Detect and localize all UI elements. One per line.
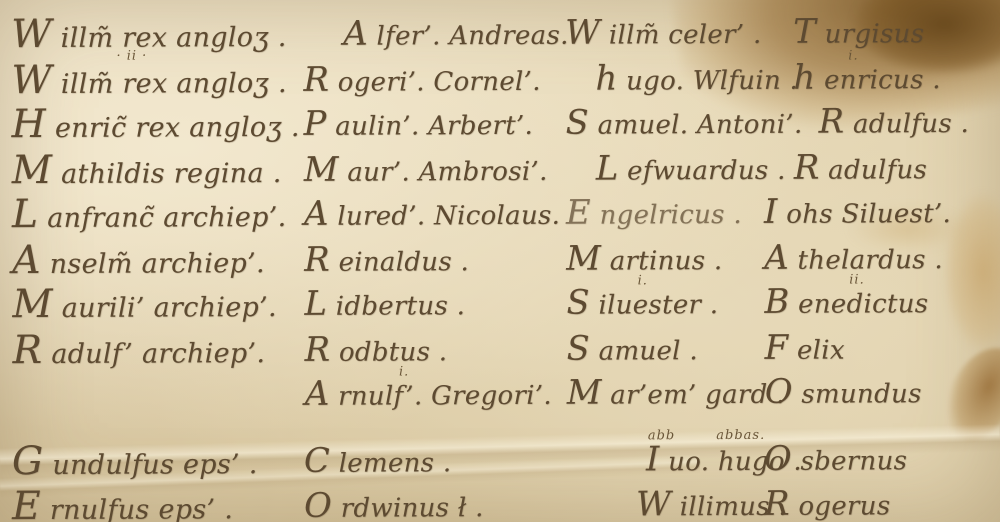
name-text: O rdwinus ł . xyxy=(304,493,484,522)
name-entry: W illimus . xyxy=(566,487,764,522)
manuscript-line: H enric̃ rex angloʒ . P aulin’. Arbert’.… xyxy=(12,98,1000,147)
name-text: R adulf’ archiep’. xyxy=(13,338,266,370)
name-entry: i.A rnulf’. Gregori’. xyxy=(305,375,567,410)
name-text: R adulfus . xyxy=(819,109,970,140)
name-text: R einaldus . xyxy=(304,247,469,278)
name-entry xyxy=(13,393,305,394)
name-entry: P aulin’. Arbert’. xyxy=(304,105,566,140)
name-entry: R ogeri’. Cornel’. xyxy=(303,61,565,96)
name-text: O sbernus xyxy=(764,446,907,477)
name-entry: abb abbas.I uo. hugo . xyxy=(566,442,764,477)
name-text: M athildis regina . xyxy=(12,158,282,190)
name-entry: R einaldus . xyxy=(304,241,566,276)
name-entry: E ngelricus . xyxy=(566,194,764,229)
name-entry: · ii ·W illm̃ rex angloʒ . xyxy=(11,60,303,100)
name-text: S amuel . xyxy=(567,336,698,367)
name-entry: M athildis regina . xyxy=(12,150,304,190)
interlinear-addition: i. xyxy=(399,365,409,378)
manuscript-line: G undulfus eps’ . C lemens . abb abbas.I… xyxy=(12,436,1000,484)
name-entry: L efwuardus . xyxy=(566,150,764,185)
name-text: M aur’. Ambrosi’. xyxy=(304,156,548,187)
name-text: R ogeri’. Cornel’. xyxy=(303,66,540,97)
manuscript-line: E rnulfus eps’ . O rdwinus ł . W illimus… xyxy=(12,481,1000,522)
name-text: A lfer’. Andreas. xyxy=(343,20,569,51)
name-text: W illm̃ celer’ . xyxy=(565,19,761,50)
name-entry: i.h enricus . xyxy=(763,59,999,94)
name-entry: S amuel . xyxy=(567,330,765,365)
name-text: h enricus . xyxy=(793,65,941,96)
name-text: L efwuardus . xyxy=(596,155,786,186)
manuscript-line: L anfranc̃ archiep’. A lured’. Nicolaus.… xyxy=(12,188,1000,237)
name-text: A thelardus . xyxy=(764,245,943,276)
name-entry: M ar’em’ gard . xyxy=(567,374,765,409)
name-entry: A lfer’. Andreas. xyxy=(303,15,565,50)
name-text: S iluester . xyxy=(566,290,718,321)
name-text: F elix xyxy=(765,335,845,365)
name-entry: R odbtus . xyxy=(305,331,567,366)
name-entry: T urgisus xyxy=(763,13,999,48)
name-entry: W illm̃ rex angloʒ . xyxy=(11,14,303,54)
manuscript-page: W illm̃ rex angloʒ . A lfer’. Andreas. W… xyxy=(0,0,1000,522)
name-entry: E rnulfus eps’ . xyxy=(12,486,304,522)
name-entry: F elix xyxy=(765,329,1000,364)
name-entry: L anfranc̃ archiep’. xyxy=(12,194,304,234)
name-entry: I ohs Siluest’. xyxy=(764,193,1000,228)
name-entry: W illm̃ celer’ . xyxy=(565,14,763,49)
name-text: B enedictus xyxy=(764,289,928,320)
name-text: P aulin’. Arbert’. xyxy=(304,110,534,141)
name-text: M artinus . xyxy=(566,246,722,277)
interlinear-addition: ii. xyxy=(849,273,865,286)
interlinear-addition: i. xyxy=(848,49,858,62)
name-text: E ngelricus . xyxy=(566,200,742,231)
name-text: C lemens . xyxy=(304,448,452,479)
manuscript-line: · ii ·W illm̃ rex angloʒ . R ogeri’. Cor… xyxy=(11,54,999,103)
name-entry: A thelardus . xyxy=(764,239,1000,274)
name-text: T urgisus xyxy=(793,19,924,50)
name-text: R odbtus . xyxy=(305,337,448,368)
name-entry: O smundus xyxy=(765,373,1000,408)
name-text: R ogerus xyxy=(764,491,890,522)
name-text: W illm̃ rex angloʒ . xyxy=(11,22,287,54)
interlinear-addition: abb abbas. xyxy=(648,429,765,443)
name-text: W illm̃ rex angloʒ . xyxy=(11,68,287,100)
name-text: G undulfus eps’ . xyxy=(12,450,258,482)
manuscript-line: M athildis regina . M aur’. Ambrosi’. L … xyxy=(12,144,1000,193)
name-entry: A nselm̃ archiep’. xyxy=(12,240,304,280)
name-entry: i.S iluester . xyxy=(566,284,764,319)
name-list-lower: G undulfus eps’ . C lemens . abb abbas.I… xyxy=(12,436,1000,522)
manuscript-line: M aurili’ archiep’. L idbertus . i.S ilu… xyxy=(12,278,1000,327)
name-text: A lured’. Nicolaus. xyxy=(304,200,560,231)
name-entry: M aurili’ archiep’. xyxy=(12,284,304,324)
name-entry: R adulf’ archiep’. xyxy=(13,330,305,370)
manuscript-line: i.A rnulf’. Gregori’. M ar’em’ gard . O … xyxy=(13,368,1000,417)
name-text: R adulfus xyxy=(794,155,927,186)
name-text: A rnulf’. Gregori’. xyxy=(305,380,552,411)
name-entry: M artinus . xyxy=(566,240,764,275)
name-list-upper: W illm̃ rex angloʒ . A lfer’. Andreas. W… xyxy=(11,8,1000,417)
interlinear-addition: · ii · xyxy=(116,49,147,62)
name-text: E rnulfus eps’ . xyxy=(12,495,233,522)
name-entry: h ugo. Wlfuin . xyxy=(565,60,763,95)
name-entry: O rdwinus ł . xyxy=(304,488,566,522)
name-entry: ii.B enedictus xyxy=(764,283,1000,318)
name-entry: L idbertus . xyxy=(304,285,566,320)
name-entry: H enric̃ rex angloʒ . xyxy=(12,104,304,144)
name-text: L idbertus . xyxy=(304,291,465,322)
name-entry: R adulfus . xyxy=(764,103,1000,138)
name-entry: G undulfus eps’ . xyxy=(12,441,304,481)
name-text: M aurili’ archiep’. xyxy=(12,292,277,324)
name-text: L anfranc̃ archiep’. xyxy=(12,202,287,234)
name-entry: M aur’. Ambrosi’. xyxy=(304,151,566,186)
name-text: M ar’em’ gard . xyxy=(567,379,785,410)
name-entry: A lured’. Nicolaus. xyxy=(304,195,566,230)
name-text: H enric̃ rex angloʒ . xyxy=(12,112,300,144)
name-entry: O sbernus xyxy=(764,441,1000,476)
name-entry: R ogerus xyxy=(764,486,1000,521)
name-text: O smundus xyxy=(765,379,922,410)
interlinear-addition: i. xyxy=(638,274,648,287)
name-text: A nselm̃ archiep’. xyxy=(12,248,265,280)
name-text: I ohs Siluest’. xyxy=(764,199,951,230)
manuscript-line: R adulf’ archiep’. R odbtus . S amuel . … xyxy=(12,324,1000,373)
name-entry: R adulfus xyxy=(764,149,1000,184)
name-entry: C lemens . xyxy=(304,443,566,478)
name-entry: S amuel. Antoni’. xyxy=(566,104,764,139)
